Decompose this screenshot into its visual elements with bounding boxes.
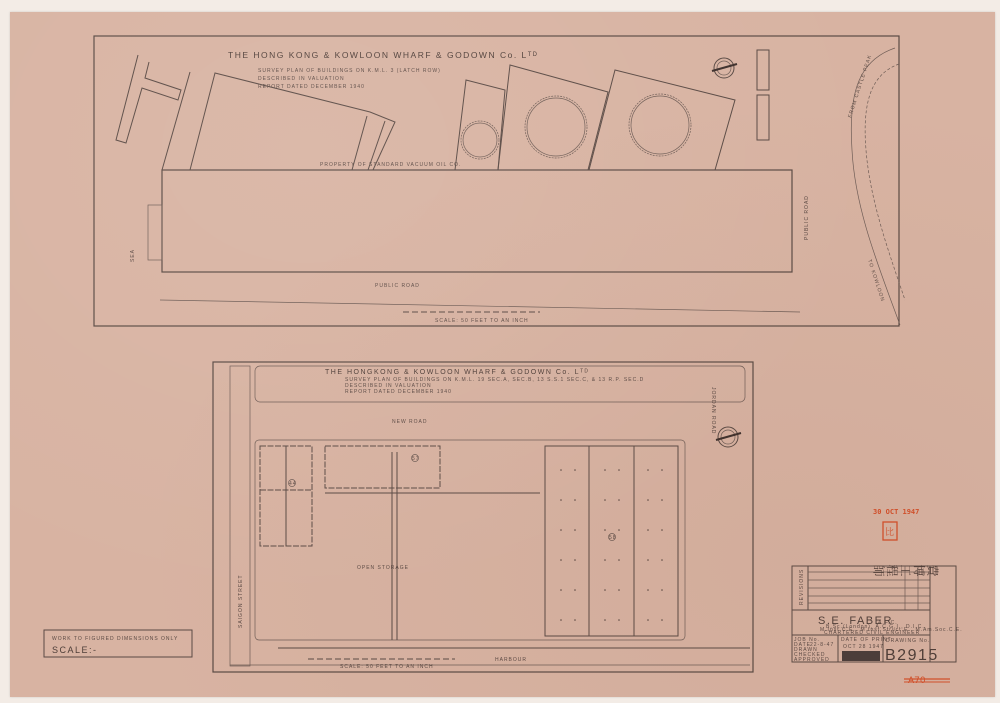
svg-text:TO KOWLOON: TO KOWLOON: [866, 259, 885, 303]
top-plan-frame: [94, 36, 899, 326]
public-road-label: PUBLIC ROAD: [375, 283, 420, 289]
main-godown: [162, 170, 792, 272]
svg-text:CHARTERED CIVIL ENGINEER: CHARTERED CIVIL ENGINEER: [824, 630, 920, 636]
column-grid: [560, 469, 663, 621]
svg-text:58: 58: [609, 535, 617, 541]
svg-text:WORK TO FIGURED DIMENSIONS ONL: WORK TO FIGURED DIMENSIONS ONLY: [52, 636, 178, 642]
svg-text:FROM CASTLE PEAK: FROM CASTLE PEAK: [847, 54, 873, 119]
svg-text:SCALE:-: SCALE:-: [52, 645, 98, 655]
svg-text:44: 44: [289, 481, 297, 487]
harbour-label: HARBOUR: [495, 657, 527, 663]
building-57: [325, 446, 440, 488]
saigon-street-label: SAIGON STREET: [238, 574, 244, 628]
svg-text:DESCRIBED IN VALUATION: DESCRIBED IN VALUATION: [258, 76, 345, 82]
date-of-print: OCT 28 1947: [843, 644, 884, 650]
svg-text:APPROVED: APPROVED: [794, 657, 830, 663]
blueprint-sheet: THE HONG KONG & KOWLOON WHARF & GODOWN C…: [10, 12, 995, 697]
building-58: [545, 446, 678, 636]
top-plan-title: THE HONG KONG & KOWLOON WHARF & GODOWN C…: [228, 50, 538, 60]
drawing-number: B2915: [885, 647, 939, 664]
svg-text:DRAWING No.: DRAWING No.: [886, 638, 930, 644]
chinese-name: 費博工程師: [872, 563, 941, 577]
date-stamp: 30 OCT 1947: [873, 508, 919, 516]
struck-note: A70: [908, 676, 926, 686]
new-road-label: NEW ROAD: [392, 419, 428, 425]
sea-label: SEA: [130, 249, 136, 262]
svg-text:比: 比: [885, 526, 894, 537]
svg-text:SCALE: 50 FEET TO AN INCH: SCALE: 50 FEET TO AN INCH: [340, 664, 434, 670]
property-label: PROPERTY OF STANDARD VACUUM OIL CO.: [320, 162, 461, 168]
bottom-plan-title: THE HONGKONG & KOWLOON WHARF & GODOWN Co…: [325, 369, 589, 376]
svg-text:PUBLIC ROAD: PUBLIC ROAD: [804, 195, 810, 240]
svg-text:SURVEY PLAN OF BUILDINGS ON K.: SURVEY PLAN OF BUILDINGS ON K.M.L. 3 (LA…: [258, 68, 441, 74]
svg-text:SCALE: 50 FEET TO AN INCH: SCALE: 50 FEET TO AN INCH: [435, 318, 529, 324]
open-storage-label: OPEN STORAGE: [357, 565, 409, 571]
revisions-label: REVISIONS: [799, 569, 805, 605]
bottom-plan-frame: [213, 362, 753, 672]
jordan-road-label: JORDAN ROAD: [710, 387, 716, 434]
svg-text:57: 57: [412, 456, 420, 462]
svg-text:REPORT DATED DECEMBER 1940: REPORT DATED DECEMBER 1940: [345, 389, 452, 395]
svg-text:DATE OF PRINT: DATE OF PRINT: [841, 637, 892, 643]
svg-text:REPORT DATED DECEMBER 1940: REPORT DATED DECEMBER 1940: [258, 84, 365, 90]
jetty: [116, 55, 181, 143]
drawing-canvas: THE HONG KONG & KOWLOON WHARF & GODOWN C…: [10, 12, 995, 697]
